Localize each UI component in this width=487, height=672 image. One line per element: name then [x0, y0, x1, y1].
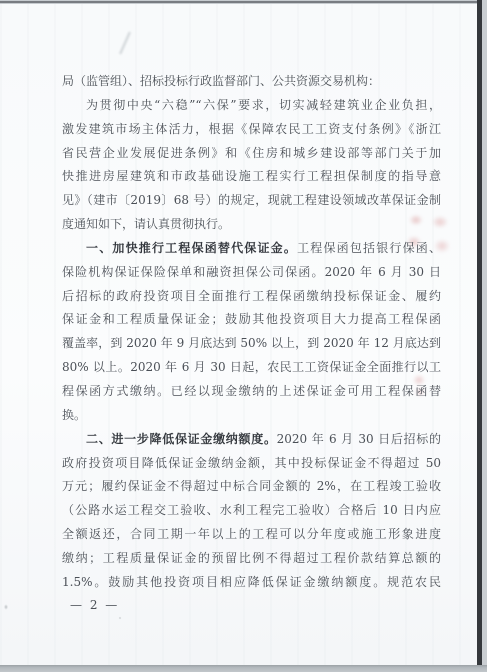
text-line: 80% 以上。2020 年 6 月 30 日起，农民工工资保证金全面推行以工: [62, 356, 441, 380]
text-line: 省民营企业发展促进条例》和《住房和城乡建设部等部门关于加: [62, 142, 441, 166]
line-text: 2020 年 6 月 30 日后招标的: [277, 432, 441, 446]
text-line: （公路水运工程交工验收、水利工程完工验收）合格后 10 日内应: [62, 499, 441, 523]
text-line: 激发建筑市场主体活力，根据《保障农民工工资支付条例》《浙江: [62, 118, 441, 142]
line-text: 见》（建市〔2019〕68 号）的规定，现就工程建设领域改革保证金制: [62, 193, 441, 207]
text-line: 全额返还，合同工期一年以上的工程可以分年度或施工形象进度: [62, 523, 441, 547]
line-text: 1.5%。鼓励其他投资项目相应降低保证金缴纳额度。规范农民: [62, 575, 441, 589]
text-line: 快推进房屋建筑和市政基础设施工程实行工程担保制度的指导意: [62, 165, 441, 189]
scanner-speck: [118, 616, 122, 621]
line-text: 换。: [62, 408, 86, 422]
paper-sheet: 局（监管组）、招标投标行政监督部门、公共资源交易机构：为贯彻中央“六稳”“六保”…: [0, 4, 478, 665]
line-text: 全额返还，合同工期一年以上的工程可以分年度或施工形象进度: [62, 527, 441, 541]
scan-edge-bottom: [0, 665, 487, 672]
scanned-document: 局（监管组）、招标投标行政监督部门、公共资源交易机构：为贯彻中央“六稳”“六保”…: [0, 0, 487, 672]
line-text: 缴纳；工程质量保证金的预留比例不得超过工程价款结算总额的: [62, 551, 441, 565]
line-text: 激发建筑市场主体活力，根据《保障农民工工资支付条例》《浙江: [62, 122, 441, 136]
line-text: 后招标的政府投资项目全面推行工程保函缴纳投标保证金、履约: [62, 289, 441, 303]
line-text: 快推进房屋建筑和市政基础设施工程实行工程担保制度的指导意: [62, 169, 441, 183]
scan-edge-top: [0, 1, 487, 3]
text-line: 换。: [62, 404, 441, 428]
text-line: 后招标的政府投资项目全面推行工程保函缴纳投标保证金、履约: [62, 285, 441, 309]
text-line: 政府投资项目降低保证金缴纳金额，其中投标保证金不得超过 50: [62, 452, 441, 476]
line-text: 工程保函包括银行保函、: [297, 241, 441, 255]
text-line: 度通知如下，请认真贯彻执行。: [62, 213, 441, 237]
text-line: 二、进一步降低保证金缴纳额度。2020 年 6 月 30 日后招标的: [62, 428, 441, 452]
line-text: 为贯彻中央“六稳”“六保”要求，切实减轻建筑业企业负担，: [86, 98, 441, 112]
document-body-text: 局（监管组）、招标投标行政监督部门、公共资源交易机构：为贯彻中央“六稳”“六保”…: [62, 70, 441, 595]
line-text: 保险机构保证保险保单和融资担保公司保函。2020 年 6 月 30 日: [62, 265, 441, 279]
text-line: 保险机构保证保险保单和融资担保公司保函。2020 年 6 月 30 日: [62, 261, 441, 285]
line-text: 保证金和工程质量保证金；鼓励其他投资项目大力提高工程保函: [62, 312, 441, 326]
line-text: 万元；履约保证金不得超过中标合同金额的 2%，在工程竣工验收: [62, 479, 441, 493]
text-line: 万元；履约保证金不得超过中标合同金额的 2%，在工程竣工验收: [62, 475, 441, 499]
scan-edge-right-light: [482, 0, 487, 672]
section-heading: 二、进一步降低保证金缴纳额度。: [86, 432, 277, 446]
line-text: （公路水运工程交工验收、水利工程完工验收）合格后 10 日内应: [62, 503, 441, 517]
text-line: 为贯彻中央“六稳”“六保”要求，切实减轻建筑业企业负担，: [62, 94, 441, 118]
line-text: 80% 以上。2020 年 6 月 30 日起，农民工工资保证金全面推行以工: [62, 360, 441, 374]
text-line: 局（监管组）、招标投标行政监督部门、公共资源交易机构：: [62, 70, 441, 94]
line-text: 局（监管组）、招标投标行政监督部门、公共资源交易机构：: [62, 74, 380, 88]
text-line: 覆盖率，到 2020 年 9 月底达到 50% 以上，到 2020 年 12 月…: [62, 332, 441, 356]
scan-edge-right-dark: [477, 0, 482, 666]
line-text: 覆盖率，到 2020 年 9 月底达到 50% 以上，到 2020 年 12 月…: [62, 336, 441, 350]
paper-crease-mark: [119, 32, 131, 55]
text-line: 见》（建市〔2019〕68 号）的规定，现就工程建设领域改革保证金制: [62, 189, 441, 213]
line-text: 程保函方式缴纳。已经以现金缴纳的上述保证金可用工程保函替: [62, 384, 441, 398]
text-line: 程保函方式缴纳。已经以现金缴纳的上述保证金可用工程保函替: [62, 380, 441, 404]
text-line: 1.5%。鼓励其他投资项目相应降低保证金缴纳额度。规范农民: [62, 571, 441, 595]
text-line: 缴纳；工程质量保证金的预留比例不得超过工程价款结算总额的: [62, 547, 441, 571]
text-line: 保证金和工程质量保证金；鼓励其他投资项目大力提高工程保函: [62, 308, 441, 332]
scanner-speck: [4, 603, 8, 612]
section-heading: 一、加快推行工程保函替代保证金。: [86, 241, 297, 255]
page-number: — 2 —: [70, 594, 119, 617]
text-line: 一、加快推行工程保函替代保证金。工程保函包括银行保函、: [62, 237, 441, 261]
line-text: 度通知如下，请认真贯彻执行。: [62, 217, 230, 231]
line-text: 政府投资项目降低保证金缴纳金额，其中投标保证金不得超过 50: [62, 456, 441, 470]
line-text: 省民营企业发展促进条例》和《住房和城乡建设部等部门关于加: [62, 146, 441, 160]
